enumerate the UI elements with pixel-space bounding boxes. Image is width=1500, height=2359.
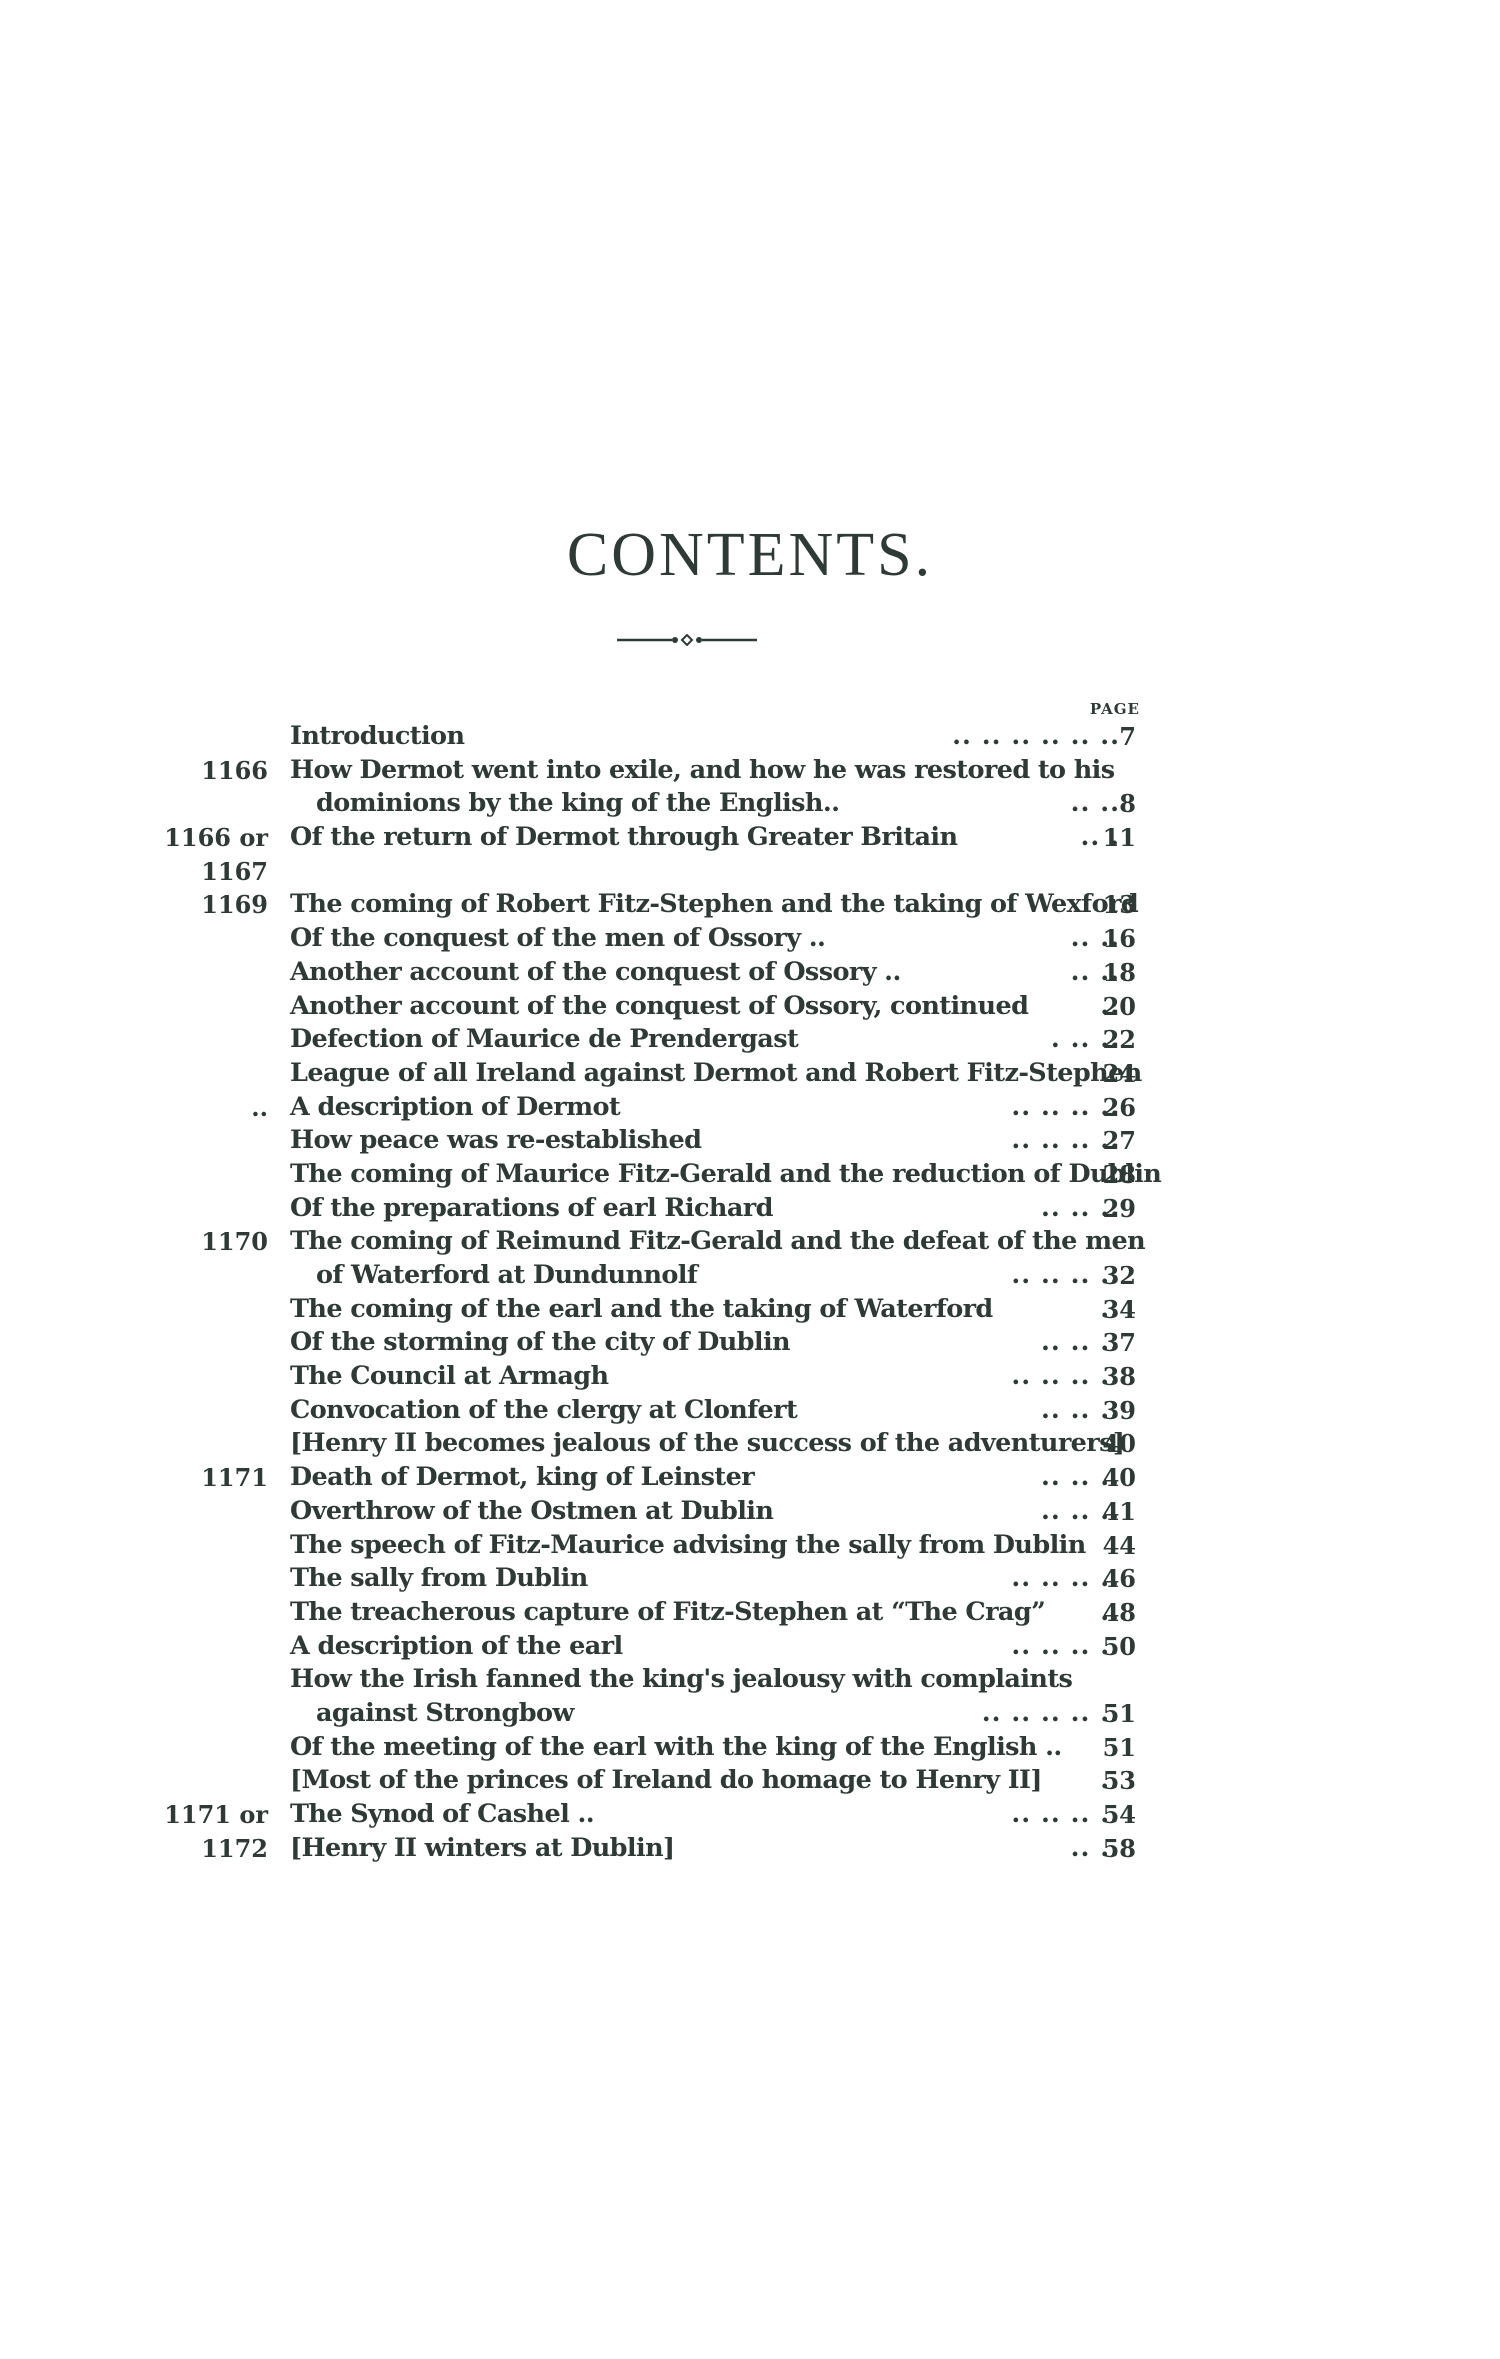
page-column-header: PAGE <box>1080 700 1140 718</box>
entry-title: Introduction <box>290 720 464 754</box>
entry-date: 1166 <box>201 754 268 788</box>
entry-page-number: 53 <box>1090 1764 1136 1798</box>
entry-title: Of the storming of the city of Dublin <box>290 1326 790 1360</box>
entry-page-number: 50 <box>1090 1630 1136 1664</box>
entry-page-number: 44 <box>1090 1529 1136 1563</box>
entry-title: The coming of Reimund Fitz-Gerald and th… <box>290 1225 1145 1259</box>
entry-date: 1169 <box>201 888 268 922</box>
entry-page-number: 13 <box>1090 888 1136 922</box>
toc-entry: The treacherous capture of Fitz-Stephen … <box>0 1596 1500 1630</box>
entry-title: Of the conquest of the men of Ossory .. <box>290 922 825 956</box>
entry-title: Of the return of Dermot through Greater … <box>290 821 957 855</box>
entry-date: .. <box>251 1091 268 1125</box>
entry-page-number: 20 <box>1090 990 1136 1024</box>
toc-entry: League of all Ireland against Dermot and… <box>0 1057 1500 1091</box>
entry-page-number: 54 <box>1090 1798 1136 1832</box>
entry-page-number: 46 <box>1090 1562 1136 1596</box>
toc-entry: 1171Death of Dermot, king of Leinster.. … <box>0 1461 1500 1495</box>
entry-page-number: 32 <box>1090 1259 1136 1293</box>
toc-entry: Overthrow of the Ostmen at Dublin.. .. .… <box>0 1495 1500 1529</box>
toc-entry: The sally from Dublin.. .. .. ..46 <box>0 1562 1500 1596</box>
entry-page-number: 34 <box>1090 1293 1136 1327</box>
entry-title: The sally from Dublin <box>290 1562 588 1596</box>
toc-entry: 1166How Dermot went into exile, and how … <box>0 754 1500 788</box>
entry-title: Overthrow of the Ostmen at Dublin <box>290 1495 773 1529</box>
entry-title: [Henry II becomes jealous of the success… <box>290 1427 1124 1461</box>
entry-page-number: 39 <box>1090 1394 1136 1428</box>
entry-page-number: 51 <box>1090 1731 1136 1765</box>
entry-page-number: 18 <box>1090 956 1136 990</box>
entry-title: Another account of the conquest of Ossor… <box>290 956 901 990</box>
entry-title: Death of Dermot, king of Leinster <box>290 1461 754 1495</box>
entry-page-number: 22 <box>1090 1023 1136 1057</box>
entry-page-number: 11 <box>1090 821 1136 855</box>
entry-page-number: 7 <box>1090 720 1136 754</box>
contents-list: Introduction.. .. .. .. .. ..71166How De… <box>0 720 1500 1865</box>
entry-title: How Dermot went into exile, and how he w… <box>290 754 1115 788</box>
entry-title: A description of Dermot <box>290 1091 620 1125</box>
toc-entry: The speech of Fitz-Maurice advising the … <box>0 1529 1500 1563</box>
entry-date: 1171 or <box>164 1798 268 1832</box>
entry-page-number: 26 <box>1090 1091 1136 1125</box>
toc-entry: [Most of the princes of Ireland do homag… <box>0 1764 1500 1798</box>
entry-date: 1172 <box>201 1832 268 1866</box>
entry-title: [Henry II winters at Dublin] <box>290 1832 674 1866</box>
entry-title: [Most of the princes of Ireland do homag… <box>290 1764 1042 1798</box>
entry-page-number: 27 <box>1090 1124 1136 1158</box>
entry-title: The treacherous capture of Fitz-Stephen … <box>290 1596 1045 1630</box>
entry-page-number: 37 <box>1090 1326 1136 1360</box>
toc-entry: Of the preparations of earl Richard.. ..… <box>0 1192 1500 1226</box>
toc-entry: ..A description of Dermot.. .. .. ..26 <box>0 1091 1500 1125</box>
entry-title: How the Irish fanned the king's jealousy… <box>290 1663 1072 1697</box>
entry-title: The Synod of Cashel .. <box>290 1798 594 1832</box>
entry-title: dominions by the king of the English.. <box>316 787 839 821</box>
entry-title: The Council at Armagh <box>290 1360 608 1394</box>
entry-title: Another account of the conquest of Ossor… <box>290 990 1028 1024</box>
entry-page-number: 29 <box>1090 1192 1136 1226</box>
toc-entry: How the Irish fanned the king's jealousy… <box>0 1663 1500 1697</box>
toc-entry: 1171 orThe Synod of Cashel .... .. .. ..… <box>0 1798 1500 1832</box>
entry-title: The coming of Robert Fitz-Stephen and th… <box>290 888 1138 922</box>
entry-page-number: 28 <box>1090 1158 1136 1192</box>
toc-entry: Convocation of the clergy at Clonfert.. … <box>0 1394 1500 1428</box>
entry-date: 1166 or <box>164 821 268 855</box>
entry-title: League of all Ireland against Dermot and… <box>290 1057 1142 1091</box>
entry-page-number: 40 <box>1090 1427 1136 1461</box>
entry-title: Convocation of the clergy at Clonfert <box>290 1394 797 1428</box>
entry-date: 1167 <box>201 855 268 889</box>
entry-page-number: 24 <box>1090 1057 1136 1091</box>
toc-entry: 1172[Henry II winters at Dublin].. ..58 <box>0 1832 1500 1866</box>
toc-entry: Another account of the conquest of Ossor… <box>0 956 1500 990</box>
toc-entry: The coming of the earl and the taking of… <box>0 1293 1500 1327</box>
toc-entry: 1167 <box>0 855 1500 889</box>
entry-title: The coming of the earl and the taking of… <box>290 1293 993 1327</box>
entry-page-number: 16 <box>1090 922 1136 956</box>
toc-entry: The coming of Maurice Fitz-Gerald and th… <box>0 1158 1500 1192</box>
toc-entry: Another account of the conquest of Ossor… <box>0 990 1500 1024</box>
entry-date: 1170 <box>201 1225 268 1259</box>
entry-page-number: 48 <box>1090 1596 1136 1630</box>
entry-page-number: 40 <box>1090 1461 1136 1495</box>
page-title: CONTENTS. <box>0 520 1500 591</box>
toc-entry: of Waterford at Dundunnolf.. .. .. ..32 <box>0 1259 1500 1293</box>
entry-title: A description of the earl <box>290 1630 623 1664</box>
entry-page-number: 38 <box>1090 1360 1136 1394</box>
entry-page-number: 8 <box>1090 787 1136 821</box>
toc-entry: The Council at Armagh.. .. .. ..38 <box>0 1360 1500 1394</box>
toc-entry: 1166 orOf the return of Dermot through G… <box>0 821 1500 855</box>
toc-entry: 1170The coming of Reimund Fitz-Gerald an… <box>0 1225 1500 1259</box>
entry-title: The coming of Maurice Fitz-Gerald and th… <box>290 1158 1161 1192</box>
entry-title: How peace was re-established <box>290 1124 701 1158</box>
toc-entry: Introduction.. .. .. .. .. ..7 <box>0 720 1500 754</box>
entry-title: against Strongbow <box>316 1697 574 1731</box>
toc-entry: Of the meeting of the earl with the king… <box>0 1731 1500 1765</box>
ornament-divider-icon <box>617 634 757 646</box>
entry-title: Defection of Maurice de Prendergast <box>290 1023 798 1057</box>
entry-date: 1171 <box>201 1461 268 1495</box>
entry-page-number: 58 <box>1090 1832 1136 1866</box>
toc-entry: Defection of Maurice de Prendergast. .. … <box>0 1023 1500 1057</box>
toc-entry: 1169The coming of Robert Fitz-Stephen an… <box>0 888 1500 922</box>
entry-page-number: 51 <box>1090 1697 1136 1731</box>
toc-entry: against Strongbow.. .. .. .. ..51 <box>0 1697 1500 1731</box>
entry-title: of Waterford at Dundunnolf <box>316 1259 697 1293</box>
entry-title: Of the preparations of earl Richard <box>290 1192 773 1226</box>
toc-entry: A description of the earl.. .. .. ..50 <box>0 1630 1500 1664</box>
entry-title: Of the meeting of the earl with the king… <box>290 1731 1062 1765</box>
toc-entry: [Henry II becomes jealous of the success… <box>0 1427 1500 1461</box>
entry-page-number: 41 <box>1090 1495 1136 1529</box>
toc-entry: How peace was re-established.. .. .. ..2… <box>0 1124 1500 1158</box>
entry-title: The speech of Fitz-Maurice advising the … <box>290 1529 1086 1563</box>
toc-entry: Of the storming of the city of Dublin.. … <box>0 1326 1500 1360</box>
toc-entry: Of the conquest of the men of Ossory ...… <box>0 922 1500 956</box>
toc-entry: dominions by the king of the English....… <box>0 787 1500 821</box>
